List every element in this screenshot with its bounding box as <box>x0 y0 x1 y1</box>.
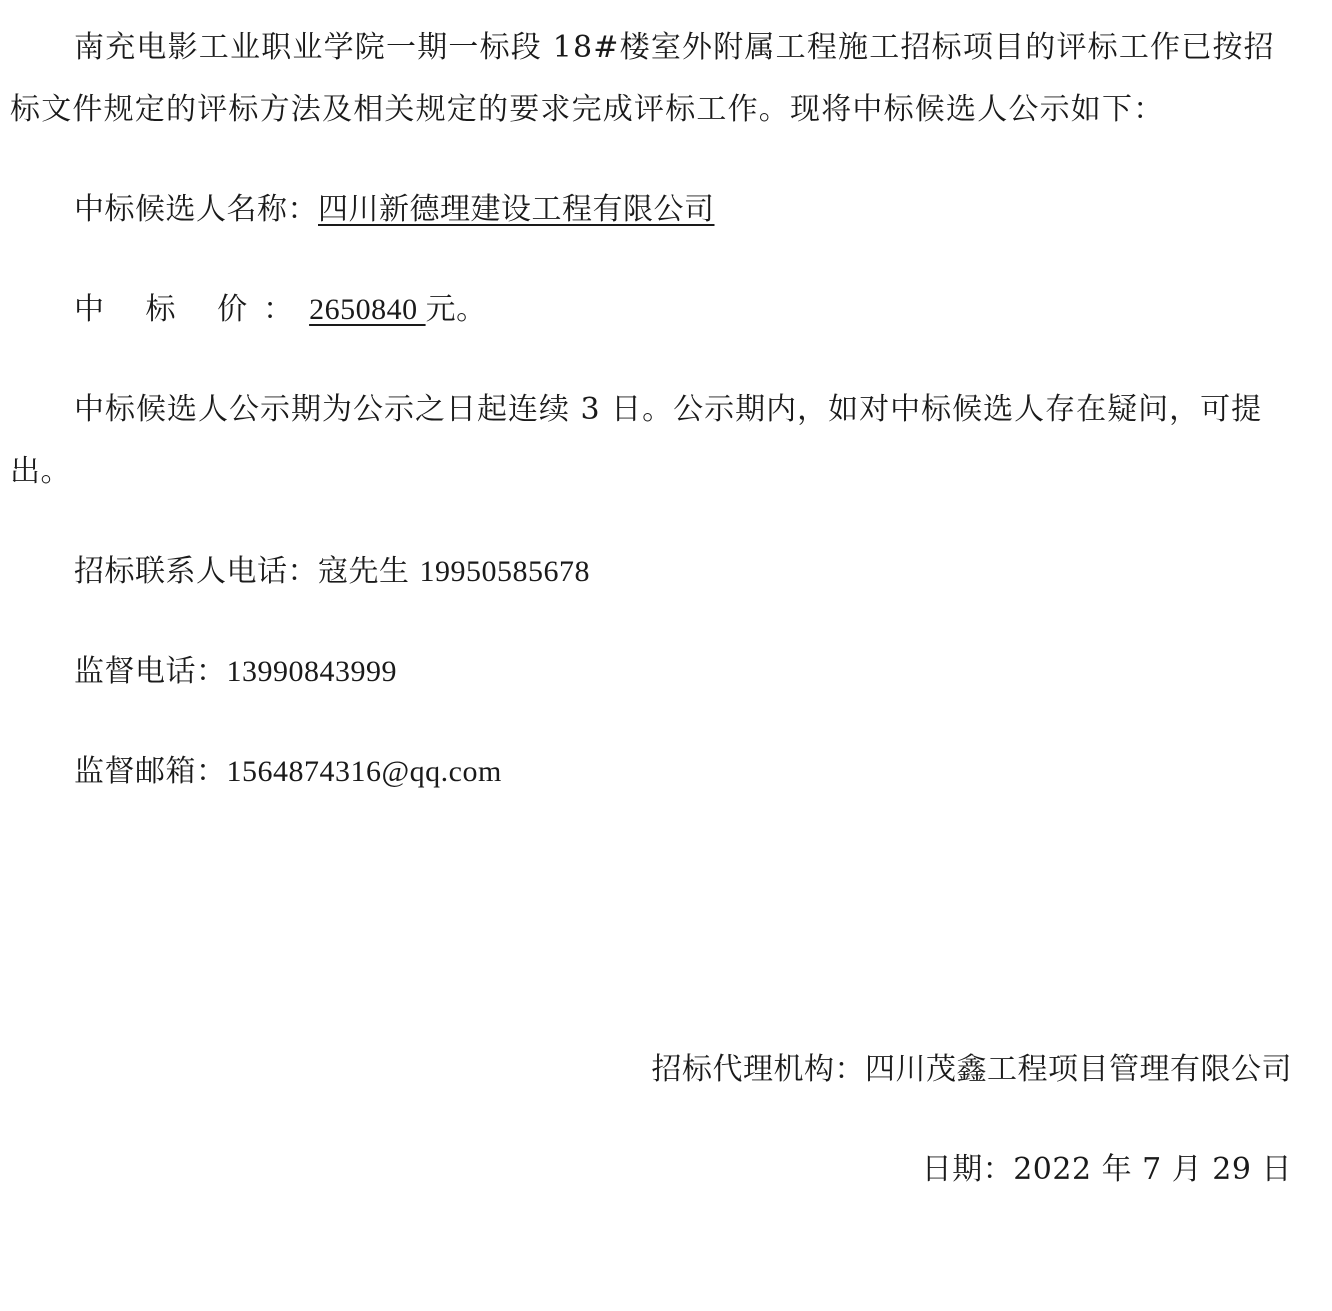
supervision-email-row: 监督邮箱：1564874316@qq.com <box>74 752 502 792</box>
contact-person: 寇先生 <box>318 554 420 589</box>
announcement-document: 南充电影工业职业学院一期一标段 18#楼室外附属工程施工招标项目的评标工作已按招… <box>0 0 1332 1311</box>
intro-paragraph-line-2: 标文件规定的评标方法及相关规定的要求完成评标工作。现将中标候选人公示如下： <box>10 90 1164 130</box>
date-value: 2022 年 7 月 29 日 <box>1013 1152 1292 1187</box>
supervision-phone-label: 监督电话： <box>74 654 227 689</box>
supervision-email-value: 1564874316@qq.com <box>227 755 502 788</box>
price-amount: 2650840 <box>309 293 426 326</box>
price-unit: 元。 <box>426 292 487 327</box>
agency-name: 四川茂鑫工程项目管理有限公司 <box>865 1052 1292 1087</box>
winning-candidate-row: 中标候选人名称：四川新德理建设工程有限公司 <box>74 190 715 230</box>
agency-label: 招标代理机构： <box>652 1052 866 1087</box>
contact-label: 招标联系人电话： <box>74 554 318 589</box>
publicity-period-line-2: 出。 <box>10 452 71 492</box>
date-label: 日期： <box>922 1152 1014 1187</box>
candidate-label: 中标候选人名称： <box>74 192 318 227</box>
supervision-phone-row: 监督电话：13990843999 <box>74 652 397 692</box>
intro-paragraph-line-1: 南充电影工业职业学院一期一标段 18#楼室外附属工程施工招标项目的评标工作已按招 <box>74 28 1275 68</box>
contact-phone: 19950585678 <box>420 555 591 588</box>
winning-price-row: 中 标 价：2650840 元。 <box>74 290 487 330</box>
price-label: 中 标 价： <box>74 292 309 327</box>
supervision-email-label: 监督邮箱： <box>74 754 227 789</box>
candidate-name: 四川新德理建设工程有限公司 <box>318 192 715 227</box>
contact-phone-row: 招标联系人电话：寇先生 19950585678 <box>74 552 590 592</box>
date-row: 日期：2022 年 7 月 29 日 <box>922 1150 1292 1190</box>
publicity-period-line-1: 中标候选人公示期为公示之日起连续 3 日。公示期内，如对中标候选人存在疑问，可提 <box>74 390 1262 430</box>
tender-agency-row: 招标代理机构：四川茂鑫工程项目管理有限公司 <box>652 1050 1293 1090</box>
supervision-phone-value: 13990843999 <box>227 655 398 688</box>
